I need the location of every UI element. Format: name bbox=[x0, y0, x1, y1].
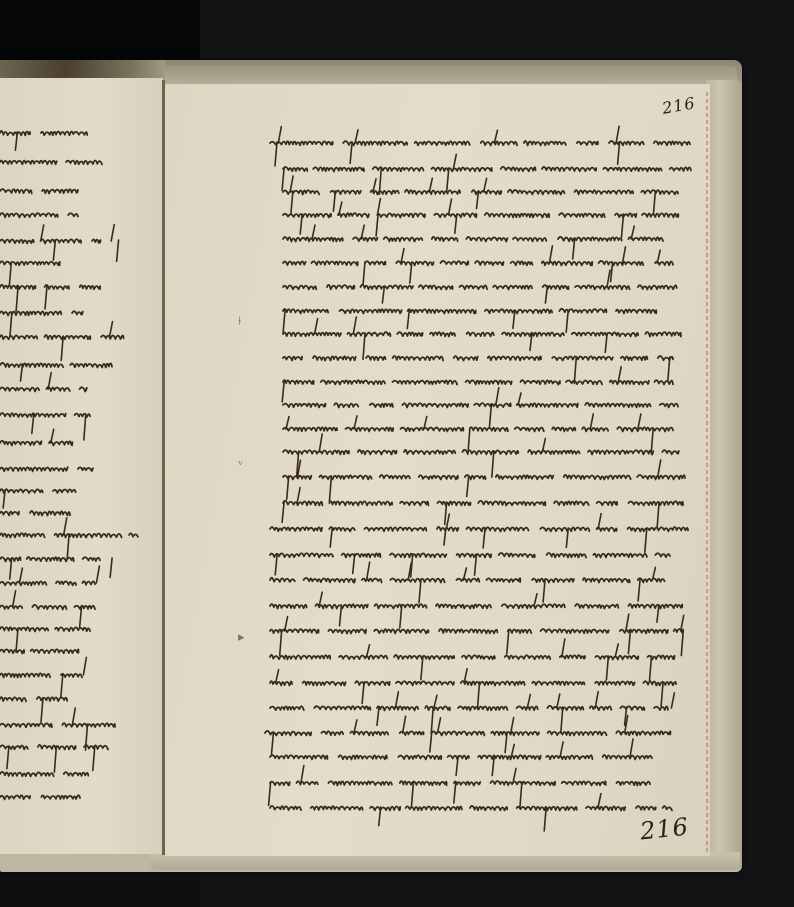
handwritten-line-left bbox=[0, 726, 108, 740]
handwritten-line bbox=[270, 122, 690, 136]
handwritten-line bbox=[265, 712, 675, 726]
handwritten-line bbox=[270, 610, 682, 624]
handwritten-line bbox=[283, 171, 678, 185]
margin-mark-icon: ᵛ bbox=[238, 458, 243, 473]
handwritten-line-left bbox=[0, 394, 90, 408]
handwritten-line-left bbox=[0, 220, 100, 234]
handwritten-line-left bbox=[0, 630, 90, 644]
handwritten-line bbox=[283, 266, 681, 280]
handwritten-line bbox=[283, 194, 688, 208]
handwritten-line-left bbox=[0, 470, 82, 484]
handwritten-line-left bbox=[0, 368, 86, 382]
handwritten-line bbox=[283, 482, 683, 496]
red-ruling-line bbox=[706, 92, 708, 852]
handwritten-line-left bbox=[0, 448, 92, 462]
handwritten-line-left bbox=[0, 608, 90, 622]
handwritten-line bbox=[283, 384, 678, 398]
binding-top-strip-right bbox=[165, 66, 737, 86]
handwritten-line-left bbox=[0, 170, 92, 184]
handwritten-line-left bbox=[0, 422, 72, 436]
handwritten-line bbox=[270, 662, 676, 676]
handwritten-line-left bbox=[0, 242, 62, 256]
handwritten-line-left bbox=[0, 344, 112, 358]
handwritten-line bbox=[283, 431, 678, 445]
handwritten-line bbox=[283, 456, 685, 470]
handwritten-line bbox=[270, 687, 668, 701]
handwritten-line bbox=[283, 218, 663, 232]
handwritten-line bbox=[270, 508, 688, 522]
handwritten-line-left bbox=[0, 194, 78, 208]
handwritten-line bbox=[270, 636, 674, 650]
handwritten-line bbox=[270, 559, 665, 573]
handwritten-line-left bbox=[0, 704, 115, 718]
handwritten-line bbox=[270, 534, 670, 548]
handwritten-line bbox=[270, 736, 652, 750]
handwritten-line bbox=[270, 787, 672, 801]
handwritten-line-left bbox=[0, 514, 138, 528]
handwritten-line bbox=[283, 337, 673, 351]
handwritten-line-left bbox=[0, 586, 95, 600]
handwritten-line bbox=[283, 290, 668, 304]
handwritten-line-left bbox=[0, 112, 92, 126]
handwritten-line bbox=[283, 148, 691, 162]
handwritten-line-left bbox=[0, 141, 102, 155]
handwritten-line-left bbox=[0, 753, 98, 767]
handwritten-line bbox=[270, 762, 650, 776]
handwritten-line-left bbox=[0, 776, 80, 790]
handwritten-line-left bbox=[0, 492, 70, 506]
handwritten-line-left bbox=[0, 316, 135, 330]
handwritten-line-left bbox=[0, 292, 82, 306]
handwritten-line bbox=[283, 242, 673, 256]
handwritten-line bbox=[283, 408, 673, 422]
handwritten-line bbox=[283, 361, 673, 375]
margin-mark-icon: ▸ bbox=[238, 630, 245, 645]
handwritten-line-left bbox=[0, 562, 95, 576]
handwritten-line-left bbox=[0, 678, 78, 692]
handwritten-line bbox=[283, 313, 681, 327]
margin-mark-icon: ⟊ bbox=[238, 314, 241, 329]
handwritten-line bbox=[270, 585, 682, 599]
binding-right-edge bbox=[706, 80, 742, 870]
handwritten-line-left bbox=[0, 538, 100, 552]
handwritten-line-left bbox=[0, 266, 100, 280]
handwritten-line-left bbox=[0, 654, 82, 668]
